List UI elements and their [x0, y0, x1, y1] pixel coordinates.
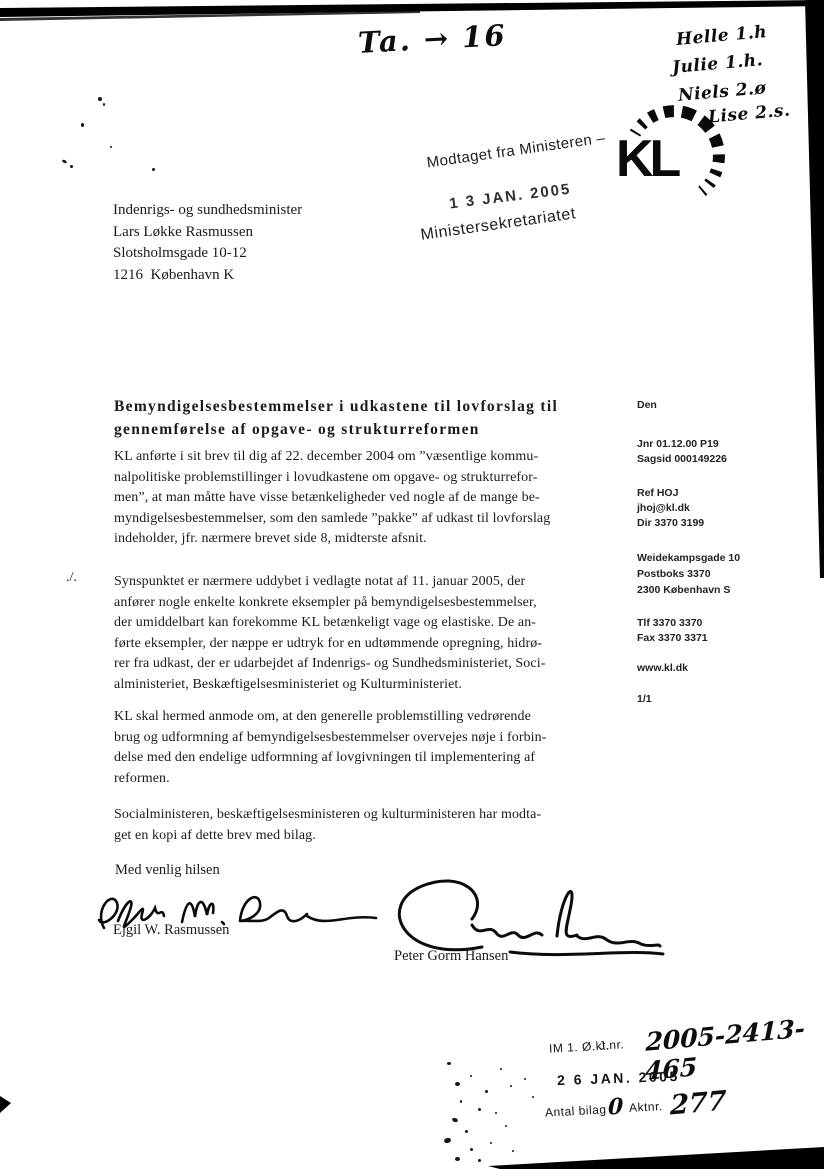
info-date-label: Den: [637, 398, 657, 413]
kl-logo-graphic: KL: [592, 92, 732, 232]
info-street: Weidekampsgade 10: [637, 551, 740, 566]
ink-speck: [490, 1142, 492, 1144]
ink-speck: [110, 146, 112, 148]
paragraph-3: KL skal hermed anmode om, at den generel…: [114, 707, 634, 789]
scanned-letter-page: Ta. → 16 Helle 1.h Julie 1.h. Niels 2.ø …: [0, 0, 824, 1169]
info-website: www.kl.dk: [637, 661, 688, 676]
scan-top-edge: [0, 0, 824, 18]
ink-speck: [443, 1137, 451, 1144]
letter-title: Bemyndigelsesbestemmelser i udkastene ti…: [114, 396, 634, 441]
info-postbox: Postboks 3370: [637, 567, 711, 582]
received-stamp-line1: Modtaget fra Ministeren –: [426, 130, 607, 172]
paragraph-4: Socialministeren, beskæftigelsesminister…: [114, 805, 634, 846]
ink-speck: [70, 165, 73, 168]
handwritten-name-1: Helle 1.h: [675, 22, 768, 50]
ink-speck: [152, 168, 155, 171]
ink-speck: [505, 1125, 507, 1127]
journal-number-label: J.nr.: [599, 1037, 625, 1052]
journal-stamp-date: 2 6 JAN. 2005: [557, 1068, 680, 1088]
paragraph-2: Synspunktet er nærmere uddybet i vedlagt…: [114, 572, 634, 696]
ink-speck: [510, 1085, 512, 1087]
ink-speck: [81, 123, 84, 127]
ink-speck: [455, 1157, 460, 1161]
info-ref: Ref HOJ: [637, 486, 678, 501]
ink-speck: [512, 1150, 514, 1152]
handwritten-act-number: 277: [670, 1085, 727, 1121]
scan-left-notch: [0, 1094, 12, 1118]
scan-bottom-edge: [0, 1140, 824, 1169]
handwritten-attachments-count: 0: [608, 1093, 624, 1120]
ink-speck: [532, 1096, 534, 1098]
paragraph-1: KL anførte i sit brev til dig af 22. dec…: [114, 447, 634, 550]
recipient-address: Indenrigs- og sundhedsminister Lars Løkk…: [113, 200, 302, 286]
info-page-number: 1/1: [637, 692, 652, 707]
recipient-line: Lars Løkke Rasmussen: [113, 222, 302, 244]
ink-speck: [465, 1130, 468, 1133]
ink-speck: [470, 1148, 473, 1151]
ink-speck: [500, 1068, 502, 1070]
info-case-id: Sagsid 000149226: [637, 452, 727, 467]
ink-speck: [98, 97, 102, 101]
recipient-line: Slotsholmsgade 10-12: [113, 243, 302, 265]
attachment-mark: ./.: [66, 570, 77, 586]
ink-speck: [460, 1100, 462, 1103]
info-phone: Tlf 3370 3370: [637, 616, 702, 631]
ink-speck: [524, 1078, 526, 1080]
ink-speck: [470, 1075, 472, 1077]
recipient-line: 1216 København K: [113, 265, 302, 287]
info-journal-no: Jnr 01.12.00 P19: [637, 437, 719, 452]
ink-speck: [478, 1108, 481, 1111]
ink-speck: [495, 1112, 497, 1114]
signer-1-name: Ejgil W. Rasmussen: [113, 922, 229, 939]
info-email: jhoj@kl.dk: [637, 501, 690, 516]
ink-speck: [478, 1159, 481, 1162]
ink-speck: [62, 159, 68, 164]
handwritten-name-2: Julie 1.h.: [671, 50, 763, 78]
info-direct-phone: Dir 3370 3199: [637, 516, 704, 531]
received-stamp-office: Ministersekretariatet: [420, 205, 578, 245]
act-number-label: Aktnr.: [629, 1099, 663, 1115]
info-fax: Fax 3370 3371: [637, 631, 708, 646]
ink-speck: [103, 103, 105, 106]
recipient-line: Indenrigs- og sundhedsminister: [113, 200, 302, 222]
ink-speck: [485, 1090, 488, 1093]
handwritten-routing-note: Ta. → 16: [357, 18, 507, 60]
signer-2-name: Peter Gorm Hansen: [394, 948, 508, 965]
info-city: 2300 København S: [637, 583, 730, 598]
kl-logo: KL: [592, 92, 732, 232]
kl-logo-text: KL: [616, 130, 681, 188]
ink-speck: [447, 1062, 451, 1065]
ink-speck: [455, 1082, 460, 1086]
ink-speck: [451, 1117, 458, 1123]
attachments-count-label: Antal bilag: [545, 1102, 607, 1119]
